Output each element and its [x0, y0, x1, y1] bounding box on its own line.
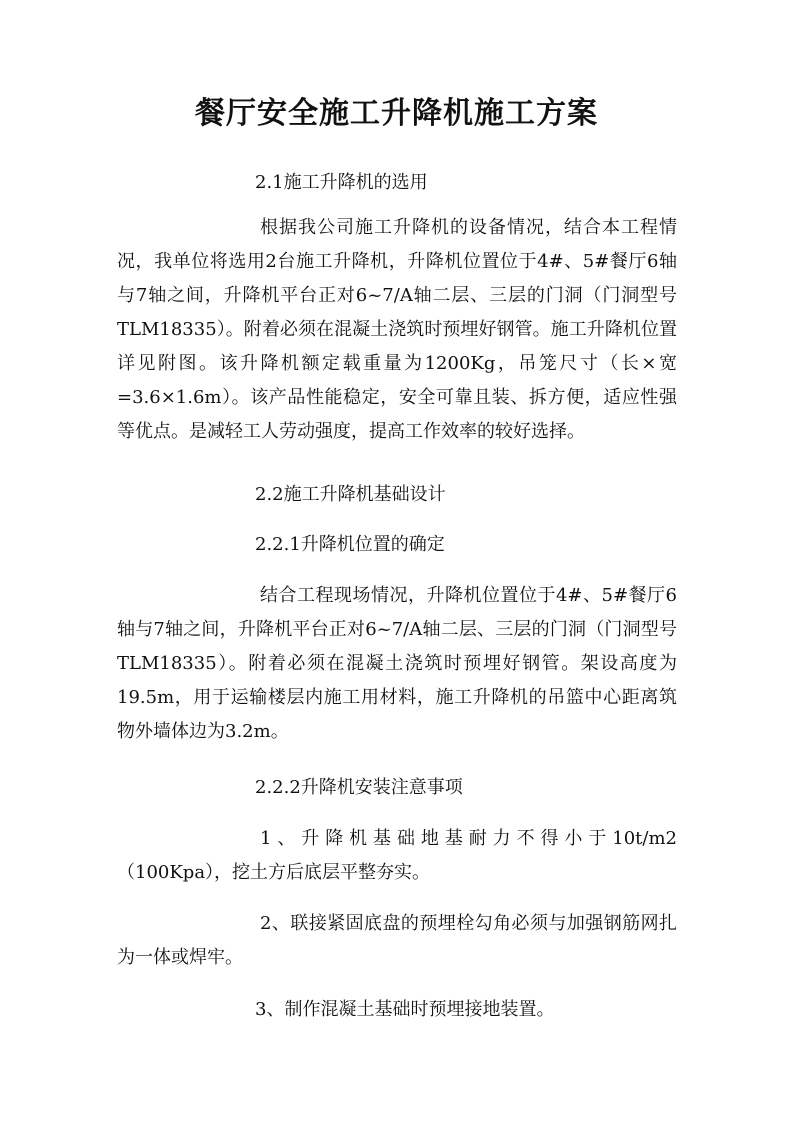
- list-item-1: 1、升降机基础地基耐力不得小于10t/m2（100Kpa），挖土方后底层平整夯实…: [117, 822, 677, 890]
- list-item-2: 2、联接紧固底盘的预埋栓勾角必须与加强钢筋网扎为一体或焊牢。: [117, 907, 677, 975]
- paragraph-selection: 根据我公司施工升降机的设备情况，结合本工程情况，我单位将选用2台施工升降机，升降…: [117, 211, 677, 449]
- section-heading-2-2-2: 2.2.2升降机安装注意事项: [255, 771, 463, 805]
- document-title: 餐厅安全施工升降机施工方案: [0, 92, 793, 136]
- section-heading-2-1: 2.1施工升降机的选用: [255, 166, 428, 200]
- list-item-3: 3、制作混凝土基础时预埋接地装置。: [255, 993, 554, 1027]
- paragraph-location: 结合工程现场情况，升降机位置位于4#、5#餐厅6轴与7轴之间，升降机平台正对6~…: [117, 579, 677, 749]
- section-heading-2-2-1: 2.2.1升降机位置的确定: [255, 528, 445, 562]
- section-heading-2-2: 2.2施工升降机基础设计: [255, 478, 446, 512]
- document-page: 餐厅安全施工升降机施工方案 2.1施工升降机的选用 根据我公司施工升降机的设备情…: [0, 0, 793, 1122]
